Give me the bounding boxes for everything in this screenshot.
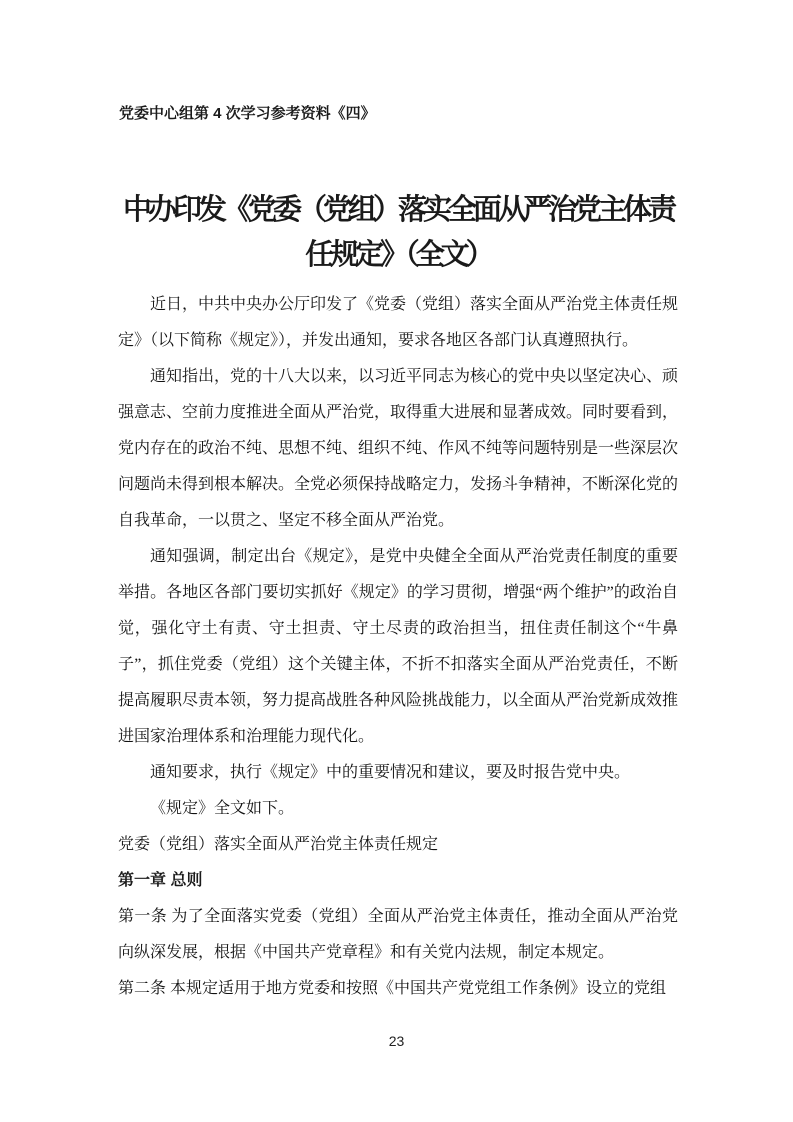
chapter-one-heading: 第一章 总则 — [118, 863, 678, 899]
article-1: 第一条 为了全面落实党委（党组）全面从严治党主体责任，推动全面从严治党向纵深发展… — [118, 899, 678, 971]
page-number: 23 — [0, 1033, 793, 1049]
document-page: 党委中心组第 4 次学习参考资料《四》 中办印发《党委（党组）落实全面从严治党主… — [0, 0, 793, 1122]
paragraph-notice-requirement: 通知要求，执行《规定》中的重要情况和建议，要及时报告党中央。 — [118, 755, 678, 791]
article-2: 第二条 本规定适用于地方党委和按照《中国共产党党组工作条例》设立的党组 — [118, 971, 678, 1007]
paragraph-issuance-intro: 近日，中共中央办公厅印发了《党委（党组）落实全面从严治党主体责任规定》（以下简称… — [118, 287, 678, 359]
paragraph-notice-points: 通知指出，党的十八大以来，以习近平同志为核心的党中央以坚定决心、顽强意志、空前力… — [118, 359, 678, 539]
document-header: 党委中心组第 4 次学习参考资料《四》 — [119, 104, 376, 123]
document-body: 近日，中共中央办公厅印发了《党委（党组）落实全面从严治党主体责任规定》（以下简称… — [118, 287, 678, 1007]
document-title: 中办印发《党委（党组）落实全面从严治党主体责任规定》（全文） — [118, 188, 678, 278]
paragraph-notice-emphasis: 通知强调，制定出台《规定》，是党中央健全全面从严治党责任制度的重要举措。各地区各… — [118, 539, 678, 755]
paragraph-fulltext-note: 《规定》全文如下。 — [118, 791, 678, 827]
regulation-title: 党委（党组）落实全面从严治党主体责任规定 — [118, 827, 678, 863]
